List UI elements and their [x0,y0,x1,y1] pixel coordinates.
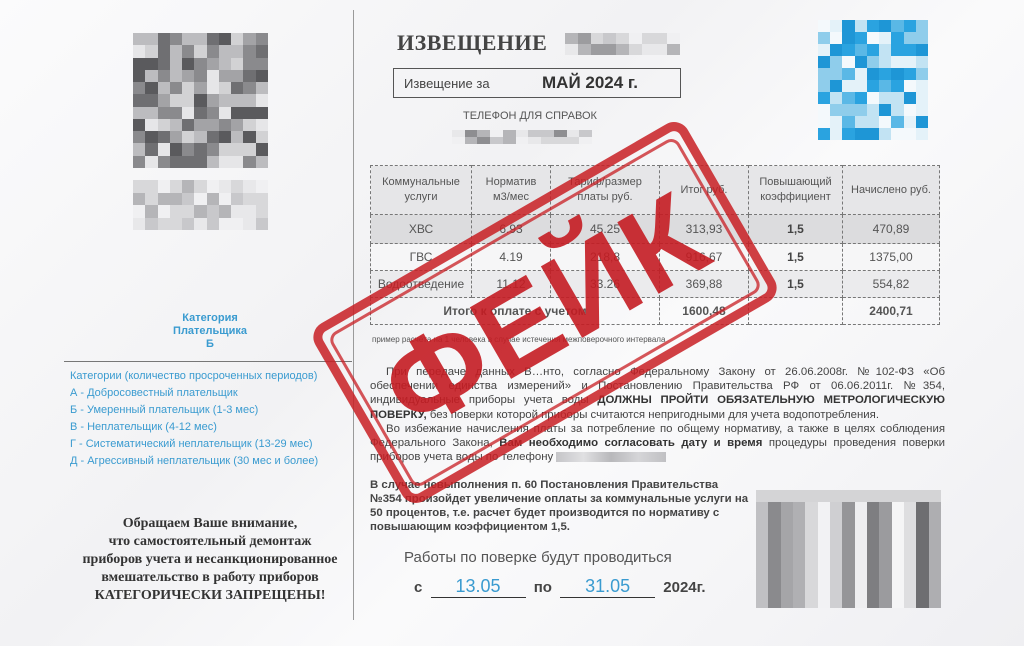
period-value: МАЙ 2024 г. [542,73,638,93]
category-item: Б - Умеренный плательщик (1-3 мес) [70,402,318,419]
category-list-title: Категории (количество просроченных перио… [70,368,318,385]
works-label: Работы по поверке будут проводиться [404,549,672,566]
from-label: с [414,579,422,596]
category-item: Д - Агрессивный неплательщик (30 мес и б… [70,453,318,470]
to-label: по [534,579,552,596]
cell-coef: 1,5 [749,271,843,298]
cell-coef: 1,5 [749,244,843,271]
header-total: Итог руб. [660,166,749,215]
from-date: 13.05 [431,576,526,598]
period-label: Извещение за [404,76,490,91]
paragraph-2: Во избежание начисления платы за потребл… [370,422,945,465]
category-heading-2: Плательщика [70,325,350,338]
year: 2024г. [663,579,705,596]
category-item: А - Добросовестный плательщик [70,385,318,402]
cell-norm: 6.93 [472,215,551,244]
water-drop-logo-icon [818,20,928,140]
warning-line: Обращаем Ваше внимание, [60,515,360,533]
cell-norm: 4.19 [472,244,551,271]
total-sum: 1600,48 [660,298,749,325]
cell-total: 313,93 [660,215,749,244]
cell-charged: 470,89 [843,215,940,244]
category-value: Б [70,338,350,351]
payer-category: Категория Плательщика Б [70,312,350,351]
paragraph-1: При передаче данных В…нто, согласно Феде… [370,365,945,422]
phone-number-blurred [556,452,666,462]
table-header: Коммунальные услуги Норматив м3/мес Тари… [371,166,940,215]
cell-service: ГВС [371,244,472,271]
cell-coef: 1,5 [749,215,843,244]
header-norm: Норматив м3/мес [472,166,551,215]
cell-charged: 1375,00 [843,244,940,271]
table-row: ГВС 4.19 218,8 916,67 1,5 1375,00 [371,244,940,271]
table-total-row: Итого к оплате с учетом 1600,48 2400,71 [371,298,940,325]
cell-tariff: 33.26 [551,271,660,298]
category-list: Категории (количество просроченных перио… [70,368,318,470]
divider-line [64,361,352,362]
cell-total: 916,67 [660,244,749,271]
category-heading: Категория [70,312,350,325]
to-date: 31.05 [560,576,655,598]
warning-line: вмешательство в работу приборов [60,569,360,587]
total-coef-empty [749,298,843,325]
header-charged: Начислено руб. [843,166,940,215]
phone-blurred [452,130,592,144]
period-box: Извещение за МАЙ 2024 г. [393,68,681,98]
cell-tariff: 45.25 [551,215,660,244]
warning-line: КАТЕГОРИЧЕСКИ ЗАПРЕЩЕНЫ! [60,587,360,605]
notice-title: ИЗВЕЩЕНИЕ [397,30,547,56]
cell-tariff: 218,8 [551,244,660,271]
charges-table: Коммунальные услуги Норматив м3/мес Тари… [370,165,940,325]
qr-code-blurred [133,33,268,168]
header-service: Коммунальные услуги [371,166,472,215]
total-label: Итого к оплате с учетом [371,298,660,325]
warning-line: что самостоятельный демонтаж [60,533,360,551]
barcode-blurred [756,490,941,608]
warning-line: приборов учета и несанкционированное [60,551,360,569]
notice-paper: Категория Плательщика Б Категории (колич… [0,0,1024,646]
penalty-text: В случае невыполнения п. 60 Постановлени… [370,478,750,534]
table-row: Водоотведение 11.12 33.26 369,88 1,5 554… [371,271,940,298]
header-tariff: Тариф/размер платы руб. [551,166,660,215]
phone-label: ТЕЛЕФОН ДЛЯ СПРАВОК [463,110,597,122]
header-coef: Повышающий коэффициент [749,166,843,215]
table-footnote: пример расчёта на 1 человека в случае ис… [372,335,665,344]
cell-service: Водоотведение [371,271,472,298]
title-blurred [565,33,680,55]
warning-notice: Обращаем Ваше внимание, что самостоятель… [60,515,360,605]
cell-service: ХВС [371,215,472,244]
cell-norm: 11.12 [472,271,551,298]
address-blurred [133,180,268,230]
legal-text: При передаче данных В…нто, согласно Феде… [370,365,945,464]
category-item: В - Неплательщик (4-12 мес) [70,419,318,436]
cell-charged: 554,82 [843,271,940,298]
total-charged: 2400,71 [843,298,940,325]
dates-line: с 13.05 по 31.05 2024г. [414,576,706,598]
table-row: ХВС 6.93 45.25 313,93 1,5 470,89 [371,215,940,244]
cell-total: 369,88 [660,271,749,298]
category-item: Г - Систематический неплательщик (13-29 … [70,436,318,453]
